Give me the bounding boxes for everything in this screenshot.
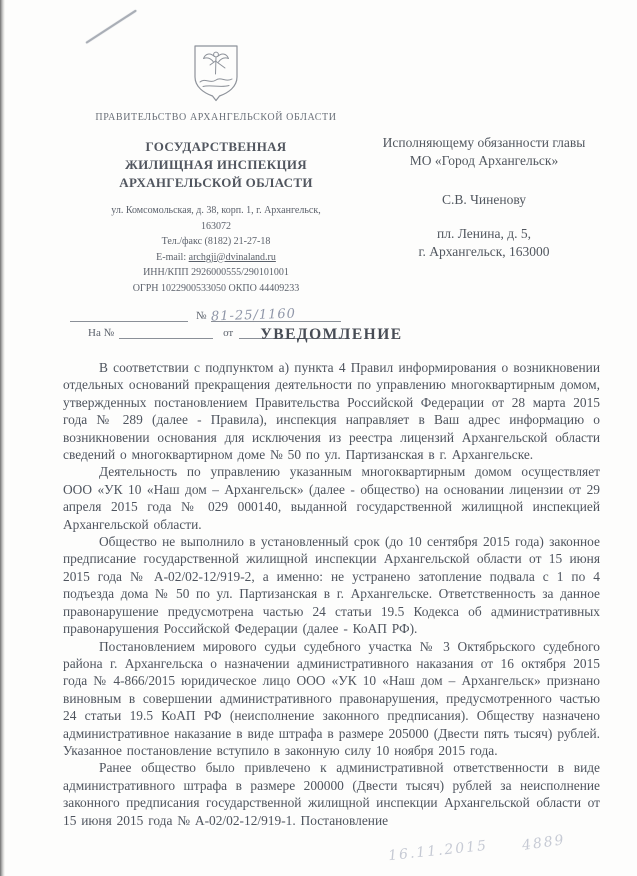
spacer bbox=[350, 209, 618, 225]
recipient-position-line1: Исполняющему обязанности главы bbox=[350, 134, 618, 152]
document-body: УВЕДОМЛЕНИЕ В соответствии с подпунктом … bbox=[63, 326, 600, 829]
scan-edge-artifact bbox=[0, 0, 5, 876]
outgoing-number-row: № 81-25/1160 bbox=[70, 305, 362, 322]
recipient-name: С.В. Чиненову bbox=[350, 191, 618, 209]
body-paragraph-4: Постановлением мирового судьи судебного … bbox=[63, 638, 600, 760]
handwritten-date-annotation: 16.11.2015 bbox=[387, 838, 488, 864]
org-phone: Тел./факс (8182) 21-27-18 bbox=[70, 234, 362, 250]
org-name-line2: ЖИЛИЩНАЯ ИНСПЕКЦИЯ bbox=[70, 156, 362, 174]
email-link: archgji@dvinaland.ru bbox=[189, 252, 276, 263]
scanned-letter-page: ПРАВИТЕЛЬСТВО АРХАНГЕЛЬСКОЙ ОБЛАСТИ ГОСУ… bbox=[0, 0, 637, 876]
org-address-line1: ул. Комсомольская, д. 38, корп. 1, г. Ар… bbox=[70, 203, 362, 219]
handwritten-outgoing-number: 81-25/1160 bbox=[210, 307, 295, 325]
recipient-address-line2: г. Архангельск, 163000 bbox=[350, 243, 618, 261]
number-line: 81-25/1160 bbox=[211, 306, 341, 322]
handwritten-number-annotation: 4889 bbox=[521, 832, 566, 854]
contact-block: ул. Комсомольская, д. 38, корп. 1, г. Ар… bbox=[70, 203, 362, 296]
number-label: № bbox=[196, 310, 207, 322]
body-paragraph-1: В соответствии с подпунктом а) пункта 4 … bbox=[63, 359, 600, 463]
email-label: E-mail: bbox=[156, 252, 189, 263]
org-email-line: E-mail: archgji@dvinaland.ru bbox=[70, 250, 362, 266]
body-paragraph-5: Ранее общество было привлечено к админис… bbox=[63, 759, 600, 829]
org-name-line3: АРХАНГЕЛЬСКОЙ ОБЛАСТИ bbox=[70, 174, 362, 192]
document-title: УВЕДОМЛЕНИЕ bbox=[63, 326, 600, 344]
coat-of-arms-icon bbox=[191, 44, 241, 107]
letterhead-org-column: ПРАВИТЕЛЬСТВО АРХАНГЕЛЬСКОЙ ОБЛАСТИ ГОСУ… bbox=[70, 44, 362, 339]
recipient-address-line1: пл. Ленина, д. 5, bbox=[350, 225, 618, 243]
pen-stroke-mark bbox=[85, 9, 136, 43]
spacer bbox=[350, 170, 618, 191]
org-ogrn-okpo: ОГРН 1022900533050 ОКПО 44409233 bbox=[70, 281, 362, 297]
org-name-line1: ГОСУДАРСТВЕННАЯ bbox=[70, 138, 362, 156]
date-blank-line bbox=[70, 321, 188, 322]
org-address-line2: 163072 bbox=[70, 219, 362, 235]
recipient-block: Исполняющему обязанности главы МО «Город… bbox=[350, 134, 618, 261]
body-paragraph-2: Деятельность по управлению указанным мно… bbox=[63, 463, 600, 533]
org-name: ГОСУДАРСТВЕННАЯ ЖИЛИЩНАЯ ИНСПЕКЦИЯ АРХАН… bbox=[70, 138, 362, 192]
org-inn-kpp: ИНН/КПП 2926000555/290101001 bbox=[70, 265, 362, 281]
government-line: ПРАВИТЕЛЬСТВО АРХАНГЕЛЬСКОЙ ОБЛАСТИ bbox=[70, 112, 362, 123]
body-paragraph-3: Общество не выполнило в установленный ср… bbox=[63, 533, 600, 637]
recipient-position-line2: МО «Город Архангельск» bbox=[350, 152, 618, 170]
